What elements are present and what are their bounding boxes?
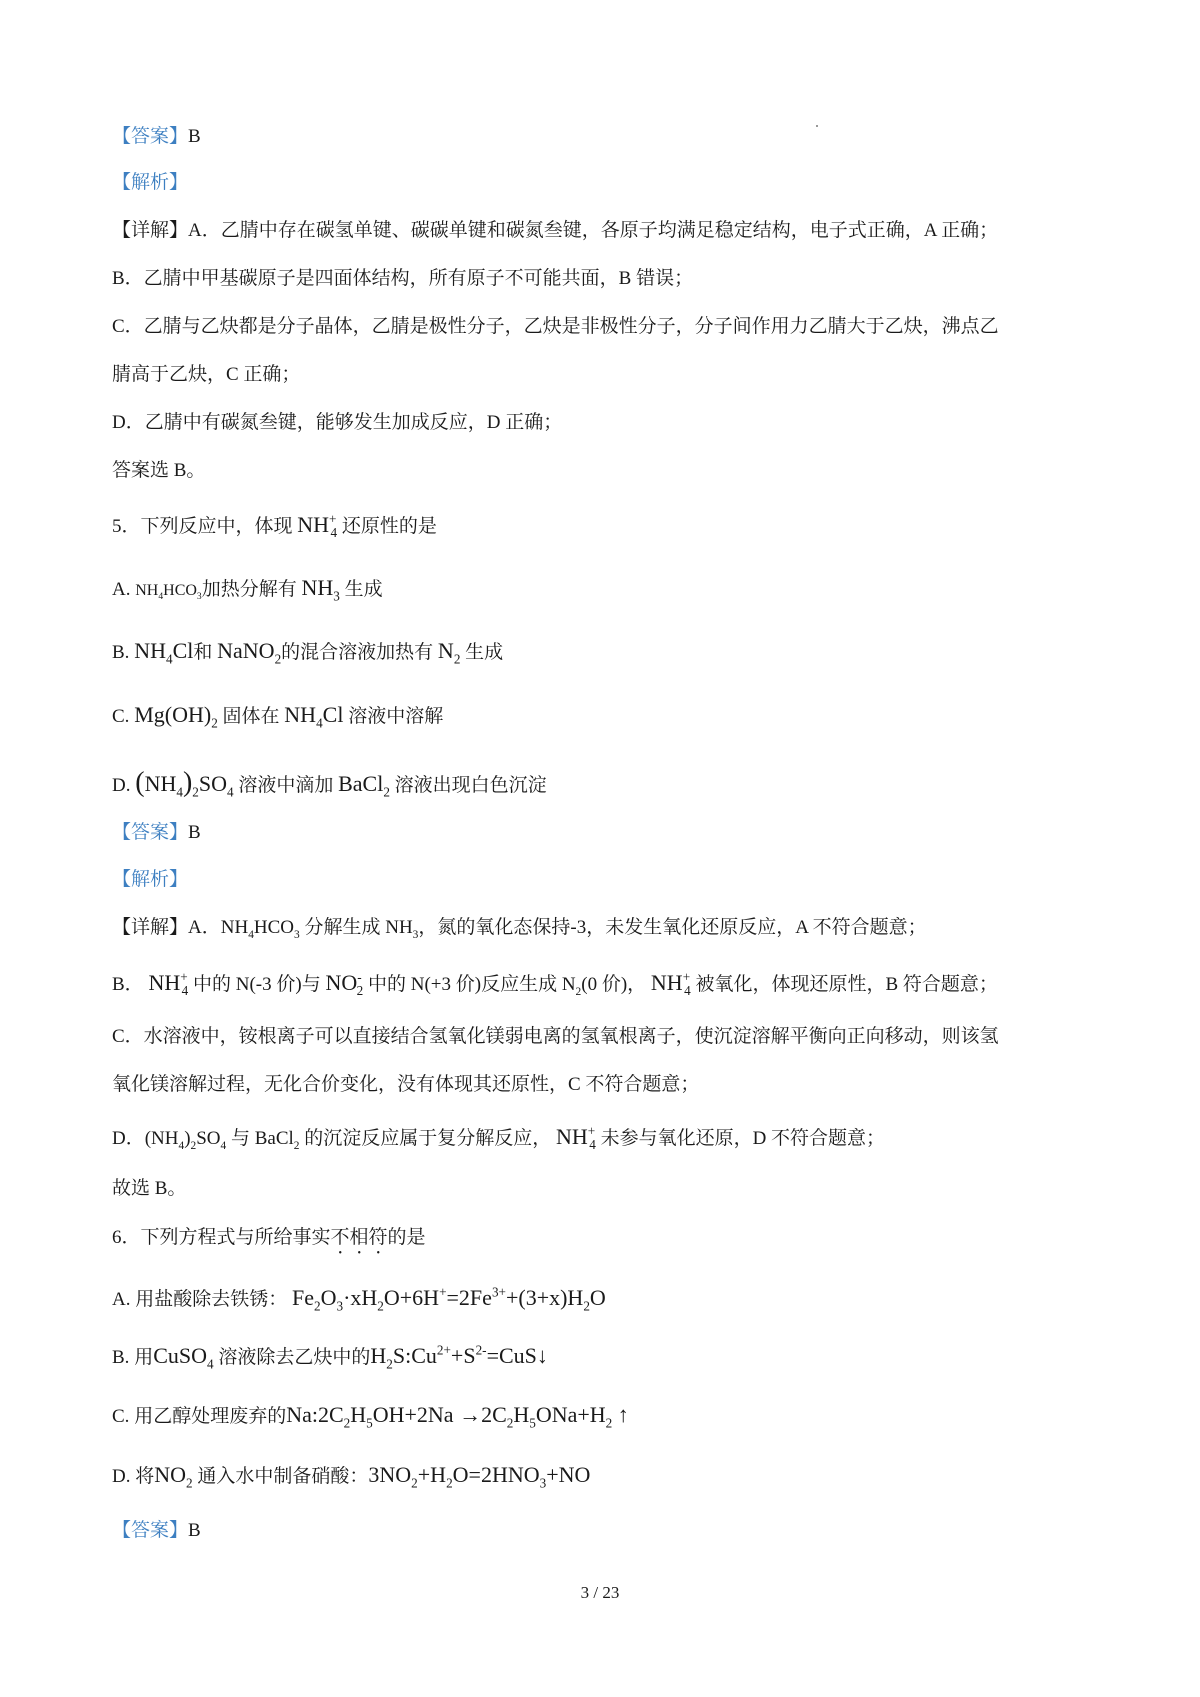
q5-analysis-tag: 【解析】 — [112, 869, 188, 892]
q5-option-b[interactable]: B. NH4Cl和 NaNO2的混合溶液加热有 N2 生成 — [112, 638, 503, 665]
q6-option-a[interactable]: A. 用盐酸除去铁锈： Fe2O3·xH2O+6H+=2Fe3++(3+x)H2… — [112, 1285, 606, 1312]
q4-conclusion: 答案选 B。 — [112, 460, 205, 483]
q4-detail-d: D．乙腈中有碳氮叁键，能够发生加成反应，D 正确； — [112, 412, 562, 435]
q4-analysis-tag: 【解析】 — [112, 172, 188, 195]
q5-option-c[interactable]: C. Mg(OH)2 固体在 NH4Cl 溶液中溶解 — [112, 702, 443, 729]
q5-detail-d: D．(NH4)2SO4 与 BaCl2 的沉淀反应属于复分解反应， NH+4 未… — [112, 1124, 885, 1151]
q6-stem: 6．下列方程式与所给事实不相符的是 — [112, 1227, 426, 1259]
q4-answer-line: 【答案】B — [112, 126, 201, 149]
scan-speck — [816, 125, 818, 127]
q4-detail-c2: 腈高于乙炔，C 正确； — [112, 364, 300, 387]
q4-detail-c1: C．乙腈与乙炔都是分子晶体，乙腈是极性分子，乙炔是非极性分子，分子间作用力乙腈大… — [112, 316, 999, 339]
q6-answer-line: 【答案】B — [112, 1520, 201, 1543]
q5-stem: 5．下列反应中，体现 NH+4 还原性的是 — [112, 512, 437, 539]
emphasized-text: 不相符 — [331, 1227, 388, 1248]
ammonium-formula: NH+4 — [297, 512, 337, 537]
q6-option-c[interactable]: C. 用乙醇处理废弃的Na:2C2H5OH+2Na →2C2H5ONa+H2 ↑ — [112, 1402, 629, 1429]
q5-option-a[interactable]: A. NH4HCO3加热分解有 NH3 生成 — [112, 575, 383, 602]
q5-option-d[interactable]: D. (NH4)2SO4 溶液中滴加 BaCl2 溶液出现白色沉淀 — [112, 766, 547, 800]
q4-detail-b: B．乙腈中甲基碳原子是四面体结构，所有原子不可能共面，B 错误； — [112, 268, 693, 291]
q5-detail-c1: C．水溶液中，铵根离子可以直接结合氢氧化镁弱电离的氢氧根离子，使沉淀溶解平衡向正… — [112, 1026, 999, 1049]
page-number: 3 / 23 — [0, 1583, 1200, 1603]
q4-detail-a: 【详解】A．乙腈中存在碳氢单键、碳碳单键和碳氮叁键，各原子均满足稳定结构，电子式… — [112, 220, 998, 243]
q5-detail-c2: 氧化镁溶解过程，无化合价变化，没有体现其还原性，C 不符合题意； — [112, 1074, 699, 1097]
answer-value: B — [188, 126, 201, 147]
answer-tag: 【答案】 — [112, 126, 188, 147]
q5-conclusion: 故选 B。 — [112, 1178, 186, 1201]
q5-answer-line: 【答案】B — [112, 822, 201, 845]
q6-option-d[interactable]: D. 将NO2 通入水中制备硝酸：3NO2+H2O=2HNO3+NO — [112, 1462, 590, 1489]
q5-detail-b: B． NH+4 中的 N(-3 价)与 NO-2 中的 N(+3 价)反应生成 … — [112, 970, 998, 997]
q5-detail-a: 【详解】A．NH4HCO3 分解生成 NH3，氮的氧化态保持-3，未发生氧化还原… — [112, 917, 927, 940]
q6-option-b[interactable]: B. 用CuSO4 溶液除去乙炔中的H2S:Cu2++S2-=CuS↓ — [112, 1343, 548, 1370]
